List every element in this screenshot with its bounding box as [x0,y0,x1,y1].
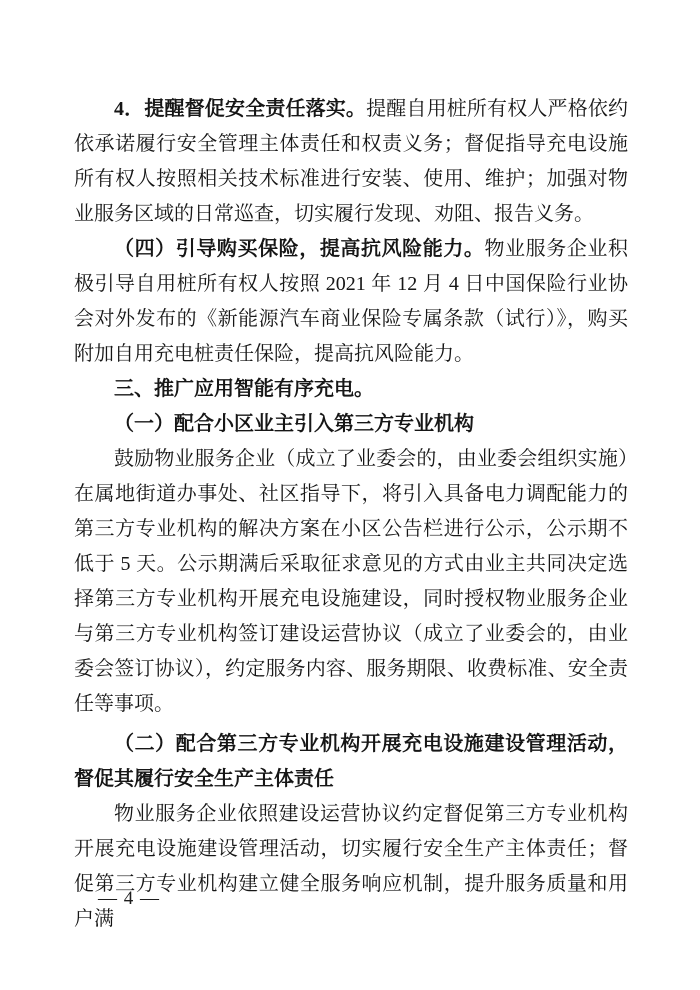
paragraph-lead: （四）引导购买保险，提高抗风险能力。 [114,238,485,260]
document-page: 4．提醒督促安全责任落实。提醒自用桩所有权人严格依约依承诺履行安全管理主体责任和… [0,0,700,990]
subsection-heading-two: （二）配合第三方专业机构开展充电设施建设管理活动，督促其履行安全生产主体责任 [74,727,628,797]
heading-text: （一）配合小区业主引入第三方专业机构 [114,413,474,435]
section-heading-three: 三、推广应用智能有序充电。 [74,372,628,407]
page-number: — 4 — [98,888,160,910]
paragraph-lead: 4．提醒督促安全责任落实。 [114,98,366,120]
paragraph-text: 物业服务企业依照建设运营协议约定督促第三方专业机构开展充电设施建设管理活动，切实… [74,803,628,930]
paragraph-item-si: （四）引导购买保险，提高抗风险能力。物业服务企业积极引导自用桩所有权人按照 20… [74,232,628,372]
paragraph-body: 物业服务企业依照建设运营协议约定督促第三方专业机构开展充电设施建设管理活动，切实… [74,797,628,937]
subsection-heading-one: （一）配合小区业主引入第三方专业机构 [74,407,628,442]
paragraph-body: 鼓励物业服务企业（成立了业委会的，由业委会组织实施）在属地街道办事处、社区指导下… [74,442,628,722]
document-body: 4．提醒督促安全责任落实。提醒自用桩所有权人严格依约依承诺履行安全管理主体责任和… [74,92,628,937]
paragraph-item-4: 4．提醒督促安全责任落实。提醒自用桩所有权人严格依约依承诺履行安全管理主体责任和… [74,92,628,232]
paragraph-text: 鼓励物业服务企业（成立了业委会的，由业委会组织实施）在属地街道办事处、社区指导下… [74,448,628,715]
heading-text: 三、推广应用智能有序充电。 [114,378,374,400]
heading-text: （二）配合第三方专业机构开展充电设施建设管理活动，督促其履行安全生产主体责任 [74,733,628,790]
